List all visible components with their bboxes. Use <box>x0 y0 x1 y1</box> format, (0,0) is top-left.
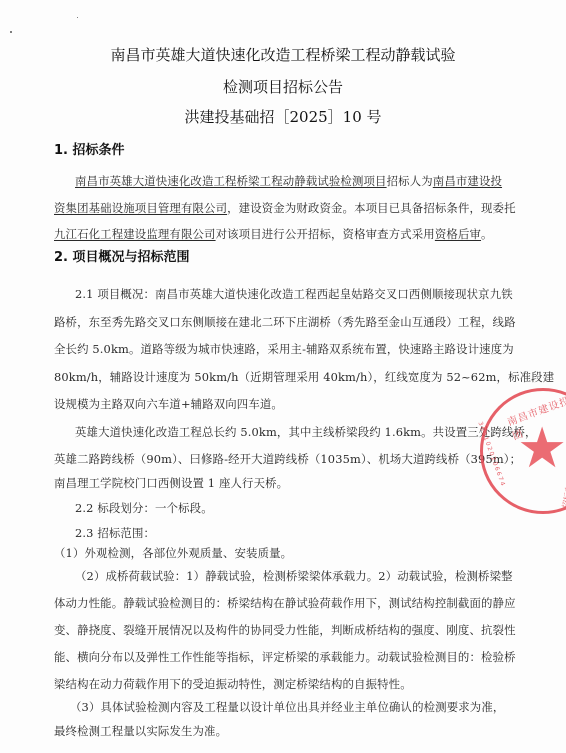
item-2-line-2: 体动力性能。静载试验检测目的：桥梁结构在静试验荷载作用下，测试结构控制截面的静应 <box>54 596 516 610</box>
official-seal: ★ 南昌市建设投资集团 3601020206674 招标专用章 <box>480 388 566 514</box>
title-line-2: 检测项目招标公告 <box>0 78 566 96</box>
bridges-line-2: 英雄二路跨线桥（90m）、曰修路-经开大道跨线桥（1035m）、机场大道跨线桥（… <box>54 452 521 466</box>
agent-name: 九江石化工程建设监理有限公司 <box>54 227 216 241</box>
para-1-line-3: 九江石化工程建设监理有限公司对该项目进行公开招标，资格审查方式采用资格后审。 <box>54 227 493 241</box>
item-2-line-1: （2）成桥荷载试验：1）静载试验，检测桥梁梁体承载力。2）动载试验，检测桥梁整 <box>75 569 513 583</box>
p21-line-4: 80km/h，辅路设计速度为 50km/h（近期管理采用 40km/h），红线宽… <box>54 370 554 384</box>
item-3-line-2: 最终检测工程量以实际发生为准。 <box>54 724 227 738</box>
review-method: 资格后审 <box>435 227 481 241</box>
text: 招标人为 <box>387 174 433 188</box>
p21-line-1: 2.1 项目概况：南昌市英雄大道快速化改造工程西起皇姑路交叉口西侧顺接现状京九铁 <box>75 287 513 301</box>
doc-number: 洪建投基础招［2025］10 号 <box>0 108 566 126</box>
text: 对该项目进行公开招标，资格审查方式采用 <box>216 227 435 241</box>
project-name: 南昌市英雄大道快速化改造工程桥梁工程动静载试验检测项目 <box>75 174 387 188</box>
section-heading-2: 2. 项目概况与招标范围 <box>54 250 190 266</box>
text: 。 <box>481 227 493 241</box>
bridges-line-3: 南昌理工学院校门口西侧设置 1 座人行天桥。 <box>54 476 288 490</box>
tenderer-name-cont: 资集团基础设施项目管理有限公司 <box>54 201 227 215</box>
p21-line-5: 设规模为主路双向六车道+辅路双向四车道。 <box>54 397 283 411</box>
p22-line: 2.2 标段划分：一个标段。 <box>75 501 213 515</box>
section-heading-1: 1. 招标条件 <box>54 143 125 159</box>
title-line-1: 南昌市英雄大道快速化改造工程桥梁工程动静载试验 <box>0 46 566 64</box>
item-2-line-4: 能、横向分布以及弹性工作性能等指标，评定桥梁的承载能力。动载试验检测目的：检验桥 <box>54 650 516 664</box>
bridges-line-1: 英雄大道快速化改造工程总长约 5.0km，其中主线桥梁段约 1.6km。共设置三… <box>75 425 537 439</box>
para-1-line-1: 南昌市英雄大道快速化改造工程桥梁工程动静载试验检测项目招标人为南昌市建设投 <box>75 174 502 188</box>
tenderer-name: 南昌市建设投 <box>433 174 502 188</box>
item-3-line-1: （3）具体试验检测内容及工程量以设计单位出具并经业主单位确认的检测要求为准， <box>70 700 504 714</box>
p21-line-3: 全长约 5.0km。道路等级为城市快速路，采用主-辅路双系统布置，快速路主路设计… <box>54 342 514 356</box>
item-2-line-3: 变、静挠度、裂缝开展情况以及构件的协同受力性能，判断成桥结构的强度、刚度、抗裂性 <box>54 623 516 637</box>
item-1-line: （1）外观检测，各部位外观质量、安装质量。 <box>54 546 292 560</box>
p23-line: 2.3 招标范围： <box>75 526 155 540</box>
scan-speck <box>77 17 78 18</box>
scan-speck <box>10 31 12 33</box>
text: ，建设资金为财政资金。本项目已具备招标条件，现委托 <box>227 201 516 215</box>
p21-line-2: 路桥，东至秀先路交叉口东侧顺接在建北二环下庄湖桥（秀先路至金山互通段）工程，线路 <box>54 315 516 329</box>
para-1-line-2: 资集团基础设施项目管理有限公司，建设资金为财政资金。本项目已具备招标条件，现委托 <box>54 201 516 215</box>
document-page: 南昌市英雄大道快速化改造工程桥梁工程动静载试验 检测项目招标公告 洪建投基础招［… <box>0 0 566 753</box>
item-2-line-5: 梁结构在动力荷载作用下的受迫振动特性，测定桥梁结构的自振特性。 <box>54 677 412 691</box>
